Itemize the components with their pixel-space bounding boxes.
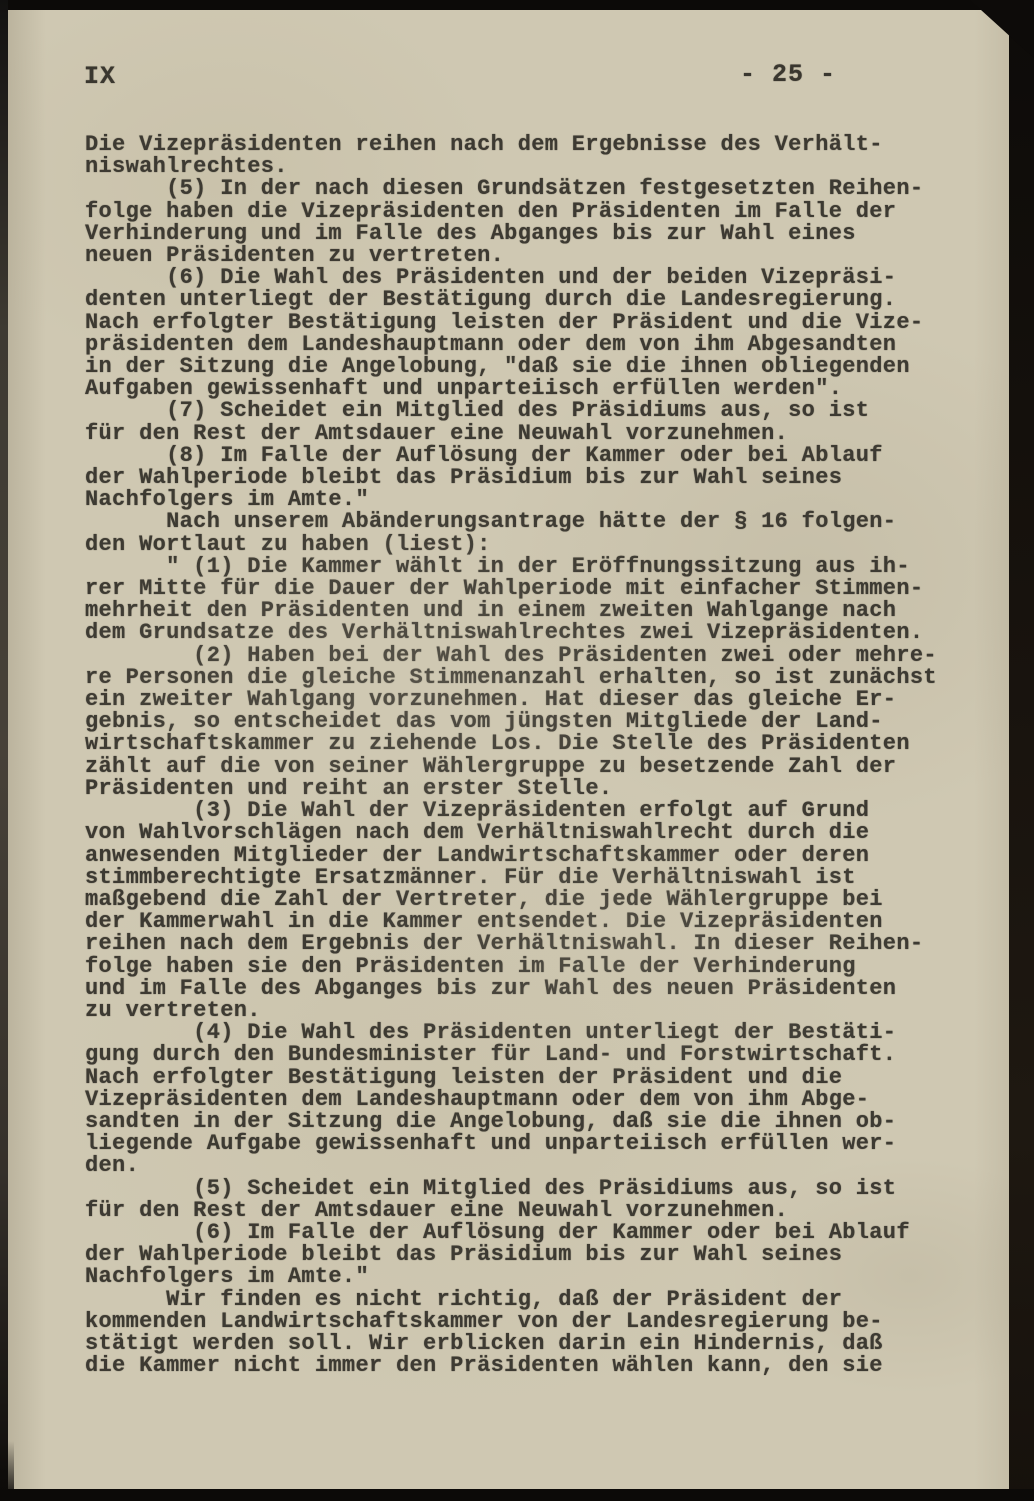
scan-edge-bottom	[0, 1489, 1034, 1501]
scan-edge-top	[0, 0, 1034, 10]
scanned-page: IX - 25 - Die Vizepräsidenten reihen nac…	[0, 0, 1034, 1501]
page-number: - 25 -	[740, 60, 836, 89]
section-marker: IX	[84, 62, 116, 91]
scan-edge-right	[1009, 0, 1034, 1501]
scan-edge-left	[0, 0, 8, 1501]
typewritten-text: Die Vizepräsidenten reihen nach dem Erge…	[85, 134, 937, 1377]
